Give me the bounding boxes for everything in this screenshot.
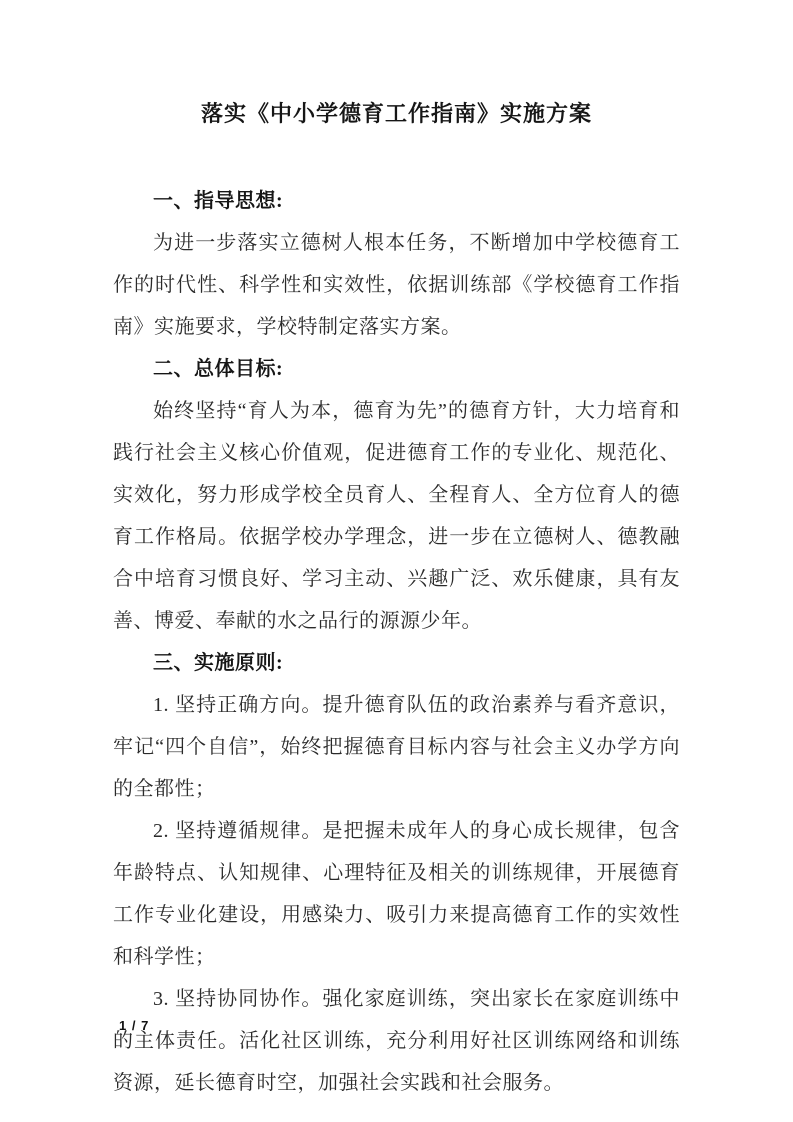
page-number: 1 / 7 (119, 1018, 149, 1033)
section-guiding-ideology: 一、指导思想: 为进一步落实立德树人根本任务，不断增加中学校德育工作的时代性、科… (113, 180, 680, 348)
section-heading-implementation-principles: 三、实施原则: (113, 642, 680, 684)
section-heading-overall-goals: 二、总体目标: (113, 348, 680, 390)
paragraph-guiding-ideology: 为进一步落实立德树人根本任务，不断增加中学校德育工作的时代性、科学性和实效性，依… (113, 222, 680, 348)
paragraph-overall-goals: 始终坚持“育人为本，德育为先”的德育方针，大力培育和践行社会主义核心价值观，促进… (113, 390, 680, 642)
section-heading-guiding-ideology: 一、指导思想: (113, 180, 680, 222)
section-implementation-principles: 三、实施原则: 1. 坚持正确方向。提升德育队伍的政治素养与看齐意识，牢记“四个… (113, 642, 680, 1104)
document-page: 落实《中小学德育工作指南》实施方案 一、指导思想: 为进一步落实立德树人根本任务… (0, 0, 793, 1122)
document-body: 一、指导思想: 为进一步落实立德树人根本任务，不断增加中学校德育工作的时代性、科… (113, 180, 680, 1104)
paragraph-principle-3: 3. 坚持协同协作。强化家庭训练，突出家长在家庭训练中的主体责任。活化社区训练，… (113, 978, 680, 1104)
document-title: 落实《中小学德育工作指南》实施方案 (113, 99, 680, 129)
section-overall-goals: 二、总体目标: 始终坚持“育人为本，德育为先”的德育方针，大力培育和践行社会主义… (113, 348, 680, 642)
paragraph-principle-2: 2. 坚持遵循规律。是把握未成年人的身心成长规律，包含年龄特点、认知规律、心理特… (113, 810, 680, 978)
paragraph-principle-1: 1. 坚持正确方向。提升德育队伍的政治素养与看齐意识，牢记“四个自信”，始终把握… (113, 684, 680, 810)
